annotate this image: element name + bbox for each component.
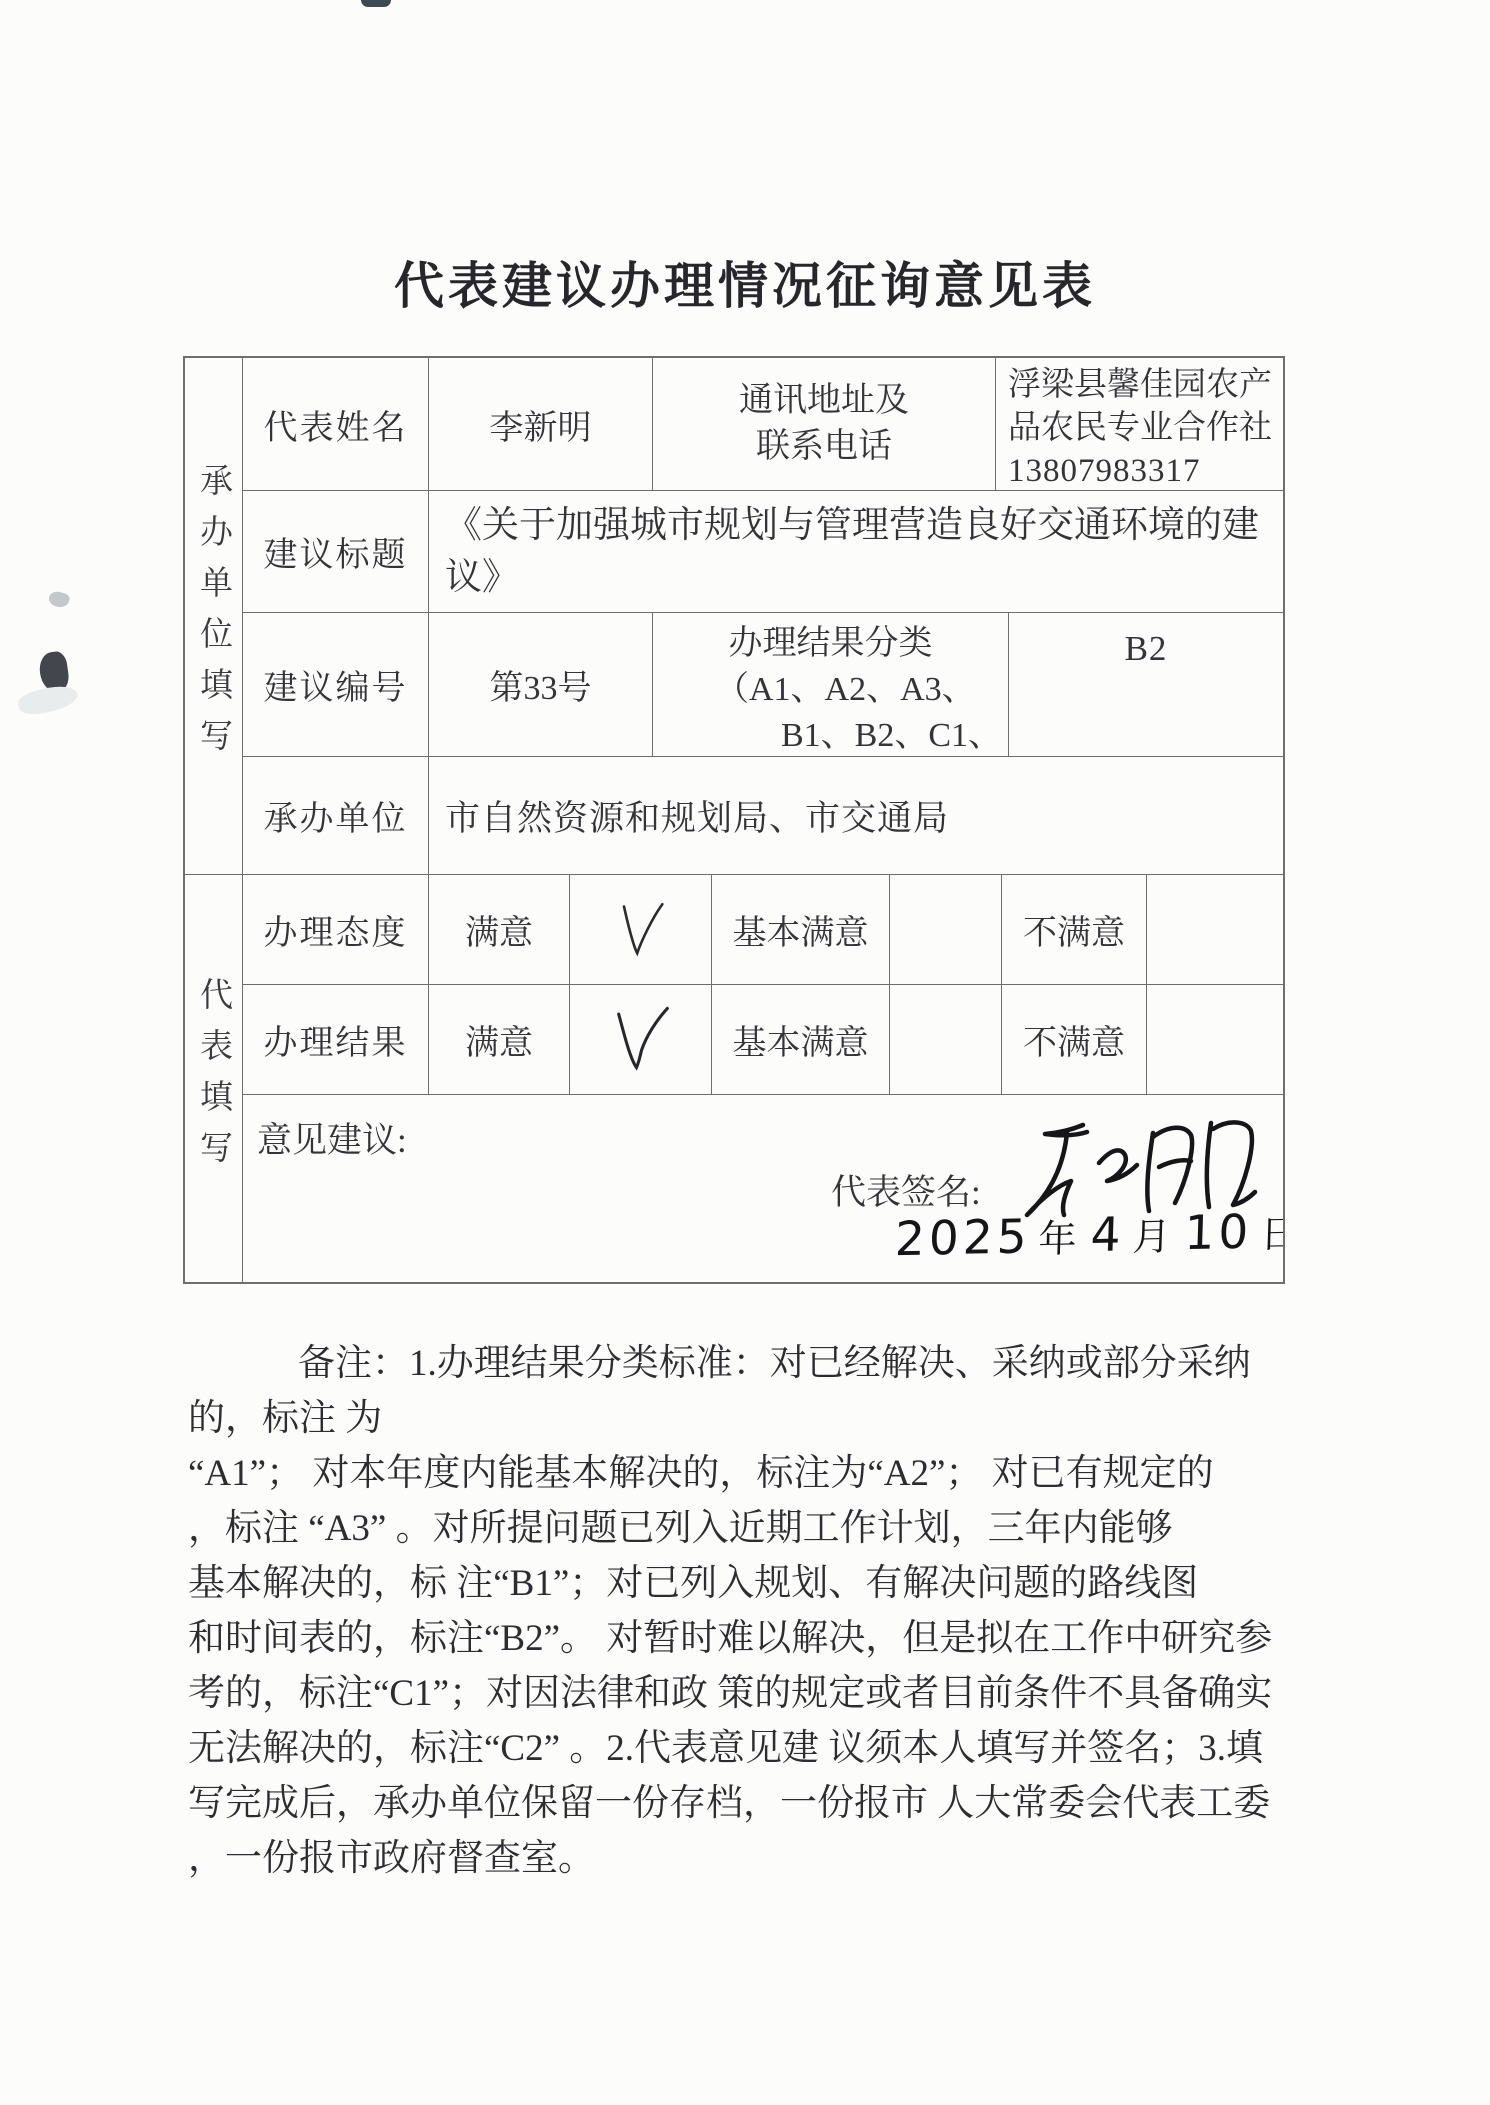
result-unsatisfied-checkbox bbox=[1147, 985, 1283, 1094]
contact-label-line1: 通讯地址及 bbox=[739, 378, 909, 424]
date-day-unit: 日 bbox=[1260, 1214, 1283, 1257]
table-row-representative-name: 代表姓名 李新明 通讯地址及 联系电话 浮梁县馨佳园农产品农民专业合作社 138… bbox=[243, 358, 1283, 491]
table-row-undertaking-unit: 承办单位 市自然资源和规划局、市交通局 bbox=[243, 757, 1283, 874]
attitude-unsatisfied-checkbox bbox=[1147, 875, 1283, 984]
result-label: 办理结果 bbox=[243, 985, 429, 1094]
table-row-suggestion-number: 建议编号 第33号 办理结果分类 （A1、A2、A3、 B1、B2、C1、C2）… bbox=[243, 613, 1283, 757]
suggestion-number-label: 建议编号 bbox=[243, 613, 429, 756]
classification-header: 办理结果分类 （A1、A2、A3、 B1、B2、C1、C2） bbox=[653, 613, 1009, 756]
date-day: 10 bbox=[1184, 1205, 1254, 1261]
remarks-line: 考的，标注“C1”；对因法律和政 策的规定或者目前条件不具备确实 bbox=[188, 1666, 1310, 1721]
feedback-form-table: 承办单位填写 代表姓名 李新明 通讯地址及 联系电话 浮梁县馨佳园农产品农民专业… bbox=[183, 356, 1285, 1284]
rep-name-label: 代表姓名 bbox=[243, 358, 429, 490]
remarks-line: ，标注 “A3” 。对所提问题已列入近期工作计划，三年内能够 bbox=[188, 1501, 1310, 1556]
undertaking-unit-value: 市自然资源和规划局、市交通局 bbox=[429, 757, 1283, 874]
undertaking-unit-label: 承办单位 bbox=[243, 757, 429, 874]
contact-label-line2: 联系电话 bbox=[739, 424, 909, 470]
classification-line1: 办理结果分类 bbox=[653, 621, 1008, 667]
remarks-block: 备注：1.办理结果分类标准：对已经解决、采纳或部分采纳的，标注 为 “A1”； … bbox=[188, 1336, 1310, 1886]
classification-line3: B1、B2、C1、C2） bbox=[653, 713, 1008, 756]
contact-phone: 13807983317 bbox=[1008, 453, 1201, 489]
suggestion-number-value: 第33号 bbox=[429, 613, 653, 756]
contact-value: 浮梁县馨佳园农产品农民专业合作社 13807983317 bbox=[996, 358, 1283, 490]
suggestion-title-value: 《关于加强城市规划与管理营造良好交通环境的建议》 bbox=[429, 491, 1283, 612]
scan-smudge-top bbox=[361, 0, 391, 7]
table-row-handling-attitude: 办理态度 满意 基本满意 不满意 bbox=[243, 875, 1283, 985]
attitude-option-unsatisfied: 不满意 bbox=[1002, 875, 1147, 984]
scan-smudge-left-streak bbox=[16, 681, 80, 719]
table-row-suggestion-title: 建议标题 《关于加强城市规划与管理营造良好交通环境的建议》 bbox=[243, 491, 1283, 613]
table-row-opinion: 意见建议: 代表签名: bbox=[243, 1095, 1283, 1282]
result-satisfied-checkbox bbox=[570, 985, 712, 1094]
remarks-line: 无法解决的，标注“C2” 。2.代表意见建 议须本人填写并签名；3.填 bbox=[188, 1721, 1310, 1776]
contact-label: 通讯地址及 联系电话 bbox=[653, 358, 996, 490]
page-title: 代表建议办理情况征询意见表 bbox=[0, 246, 1490, 318]
remarks-line: 和时间表的，标注“B2”。 对暂时难以解决，但是拟在工作中研究参 bbox=[188, 1611, 1310, 1666]
scan-smudge-left-small bbox=[47, 589, 71, 609]
contact-org: 浮梁县馨佳园农产品农民专业合作社 bbox=[1008, 367, 1272, 446]
classification-value: B2 bbox=[1009, 613, 1283, 756]
date-month: 4 bbox=[1090, 1207, 1126, 1263]
section-representative-fill-label: 代表填写 bbox=[185, 875, 243, 1282]
signature-label: 代表签名: bbox=[831, 1165, 981, 1215]
signature-date: 2025年4月10日 bbox=[894, 1203, 1283, 1267]
checkmark-attitude-icon bbox=[613, 895, 668, 964]
opinion-label: 意见建议: bbox=[257, 1113, 407, 1163]
attitude-satisfied-checkbox bbox=[570, 875, 712, 984]
date-month-unit: 月 bbox=[1132, 1216, 1171, 1259]
result-option-unsatisfied: 不满意 bbox=[1002, 985, 1147, 1094]
remarks-line: ，一份报市政府督查室。 bbox=[188, 1831, 1310, 1886]
suggestion-title-label: 建议标题 bbox=[243, 491, 429, 612]
section-agency-fill: 承办单位填写 代表姓名 李新明 通讯地址及 联系电话 浮梁县馨佳园农产品农民专业… bbox=[185, 358, 1283, 875]
checkmark-result-icon bbox=[608, 1001, 674, 1078]
section-representative-fill: 代表填写 办理态度 满意 基本满意 不满意 办理结果 满意 bbox=[185, 875, 1283, 1282]
section-agency-fill-label: 承办单位填写 bbox=[185, 358, 243, 874]
date-year: 2025 bbox=[894, 1209, 1031, 1267]
date-year-unit: 年 bbox=[1038, 1218, 1077, 1261]
attitude-label: 办理态度 bbox=[243, 875, 429, 984]
attitude-basically-satisfied-checkbox bbox=[890, 875, 1002, 984]
remarks-line: 备注：1.办理结果分类标准：对已经解决、采纳或部分采纳的，标注 为 bbox=[188, 1336, 1310, 1446]
rep-name-value: 李新明 bbox=[429, 358, 653, 490]
table-row-handling-result: 办理结果 满意 基本满意 不满意 bbox=[243, 985, 1283, 1095]
remarks-line: “A1”； 对本年度内能基本解决的，标注为“A2”； 对已有规定的 bbox=[188, 1446, 1310, 1501]
classification-line2: （A1、A2、A3、 bbox=[653, 667, 1008, 713]
remarks-line: 写完成后，承办单位保留一份存档，一份报市 人大常委会代表工委 bbox=[188, 1776, 1310, 1831]
attitude-option-basically-satisfied: 基本满意 bbox=[712, 875, 890, 984]
opinion-cell: 意见建议: 代表签名: bbox=[243, 1095, 1283, 1282]
remarks-line: 基本解决的，标 注“B1”；对已列入规划、有解决问题的路线图 bbox=[188, 1556, 1310, 1611]
result-basically-satisfied-checkbox bbox=[890, 985, 1002, 1094]
result-option-satisfied: 满意 bbox=[429, 985, 570, 1094]
attitude-option-satisfied: 满意 bbox=[429, 875, 570, 984]
result-option-basically-satisfied: 基本满意 bbox=[712, 985, 890, 1094]
